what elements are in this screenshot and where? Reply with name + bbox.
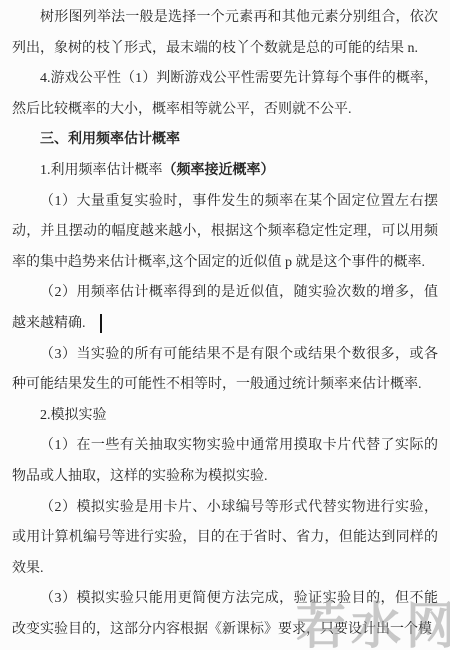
paragraph-simulation-point-2: （2）模拟实验是用卡片、小球编号等形式代替实物进行实验，或用计算机编号等进行实验… xyxy=(12,493,438,585)
paragraph-text: （2）用频率估计概率得到的是近似值，随实验次数的增多，值越来越精确. xyxy=(12,285,438,331)
paragraph-frequency-point-2: （2）用频率估计概率得到的是近似值，随实验次数的增多，值越来越精确. xyxy=(12,278,438,339)
paragraph-frequency-point-3: （3）当实验的所有可能结果不是有限个或结果个数很多，或各种可能结果发生的可能性不… xyxy=(12,340,438,401)
paragraph-tree-diagram: 树形图列举法一般是选择一个元素再和其他元素分别组合，依次列出，象树的枝丫形式，最… xyxy=(12,3,438,64)
sub-heading-bold-note: （频率接近概率） xyxy=(163,163,275,178)
sub-heading-frequency-estimation: 1.利用频率估计概率（频率接近概率） xyxy=(12,156,438,187)
text-cursor xyxy=(100,314,102,333)
document-page: 树形图列举法一般是选择一个元素再和其他元素分别组合，依次列出，象树的枝丫形式，最… xyxy=(0,0,450,650)
section-heading-frequency-estimation: 三、利用频率估计概率 xyxy=(12,125,438,156)
heading-simulation-experiment: 2.模拟实验 xyxy=(12,401,438,432)
paragraph-game-fairness: 4.游戏公平性（1）判断游戏公平性需要先计算每个事件的概率，然后比较概率的大小，… xyxy=(12,64,438,125)
paragraph-simulation-point-3: （3）模拟实验只能用更简便方法完成，验证实验目的，但不能改变实验目的，这部分内容… xyxy=(12,584,438,645)
sub-heading-text: 1.利用频率估计概率 xyxy=(40,163,163,178)
paragraph-frequency-point-1: （1）大量重复实验时，事件发生的频率在某个固定位置左右摆动，并且摆动的幅度越来越… xyxy=(12,187,438,279)
paragraph-simulation-point-1: （1）在一些有关抽取实物实验中通常用摸取卡片代替了实际的物品或人抽取，这样的实验… xyxy=(12,431,438,492)
